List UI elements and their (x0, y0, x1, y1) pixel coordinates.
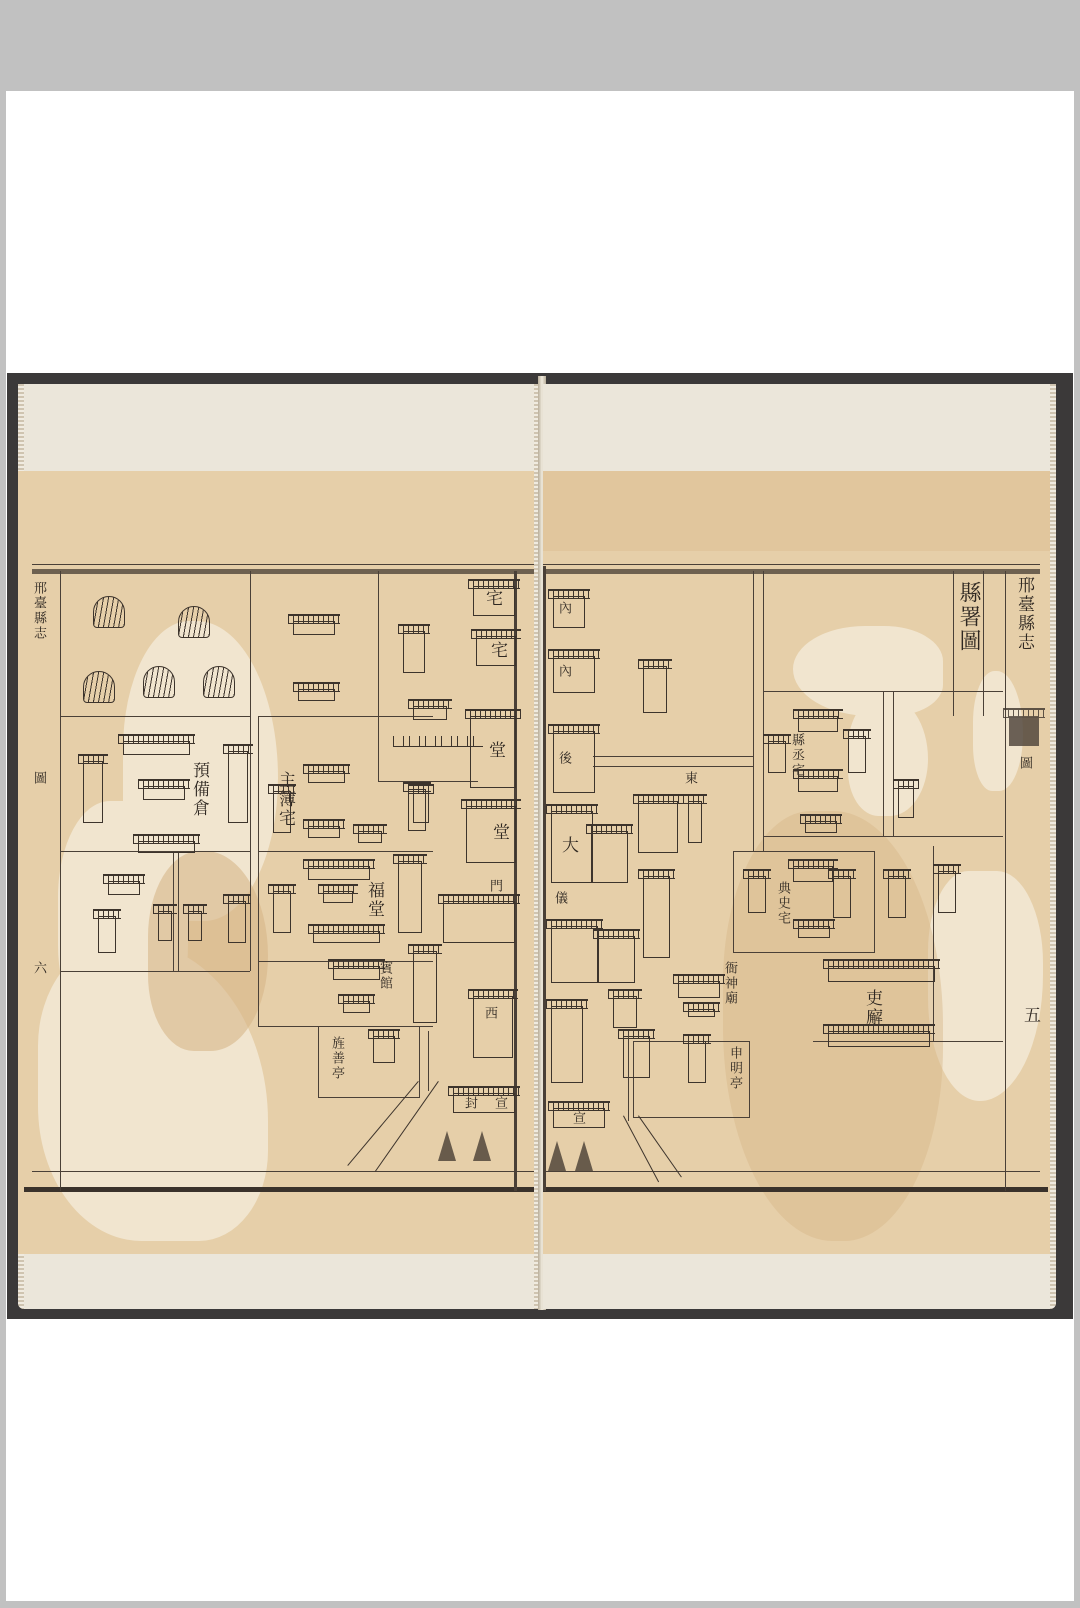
clerks-office-building-icon (828, 966, 935, 982)
map-title: 縣署圖 (957, 581, 979, 653)
side-building-icon (413, 951, 437, 1023)
left-page-number: 六 (32, 961, 45, 976)
granary-label: 預備倉 (190, 761, 207, 818)
great-hall-label: 大 (559, 836, 576, 855)
side-building-icon (643, 876, 670, 958)
left-margin-section: 圖 (32, 771, 45, 786)
left-pavilion-label: 旌善亭 (330, 1036, 343, 1081)
building-icon (798, 926, 830, 938)
grain-mound-icon (178, 606, 210, 638)
building-icon (805, 821, 837, 833)
hall-label-2: 堂 (490, 823, 507, 842)
hall-icon (308, 866, 370, 880)
right-margin-section: 圖 (1018, 756, 1031, 771)
side-building-icon (188, 911, 202, 941)
guest-house-label: 賓館 (378, 961, 391, 991)
side-building-icon (413, 791, 429, 823)
clerks-office-label: 吏廨 (863, 989, 880, 1027)
building-icon (308, 826, 340, 838)
side-building-icon (848, 736, 866, 773)
right-page: 邢臺縣志 圖 五 縣署圖 內 內 後 東 大 儀 (543, 384, 1056, 1309)
grain-mound-icon (93, 596, 125, 628)
granary-hall-icon (143, 786, 185, 800)
side-building-icon (688, 801, 702, 843)
side-building-icon (273, 791, 291, 833)
side-building-icon (938, 871, 956, 913)
side-building-icon (748, 876, 766, 913)
left-margin-title: 邢臺縣志 (32, 581, 45, 641)
building-icon (293, 621, 335, 635)
ceremonial-gate-building-icon (551, 926, 598, 983)
side-building-icon (398, 861, 422, 933)
left-arch-label-2: 宣 (493, 1096, 506, 1111)
hall-label-1: 堂 (486, 741, 503, 760)
building-icon (798, 716, 838, 732)
temple-label: 衙神廟 (723, 961, 736, 1006)
gate-label: 門 (488, 879, 501, 894)
side-building-icon (768, 741, 786, 773)
hall-icon (313, 931, 380, 943)
building-icon (343, 1001, 370, 1013)
fishtail-mark-icon (1009, 716, 1039, 746)
side-building-icon (643, 666, 667, 713)
side-building-icon (888, 876, 906, 918)
building-icon (138, 841, 195, 853)
left-arch-label: 封 (463, 1096, 476, 1111)
side-building-icon (228, 901, 246, 943)
grain-mound-icon (203, 666, 235, 698)
building-icon (413, 706, 447, 720)
building-icon (298, 689, 335, 701)
right-page-number: 五 (1021, 1006, 1038, 1025)
pavilion-icon (373, 1036, 395, 1063)
building-icon (798, 776, 838, 792)
arch-post-icon (548, 1141, 566, 1171)
side-building-icon (273, 891, 291, 933)
arch-post-icon (438, 1131, 456, 1161)
building-icon (793, 866, 833, 882)
residence-label-2: 宅 (488, 641, 505, 660)
side-building-icon (83, 761, 103, 823)
clerk-residence-label: 典史宅 (776, 881, 789, 926)
ceremonial-gate-building-icon (598, 936, 635, 983)
arch-post-icon (473, 1131, 491, 1161)
rear-hall-label: 後 (557, 751, 570, 766)
arch-post-icon (575, 1141, 593, 1171)
side-building-icon (403, 631, 425, 673)
clerks-office-building-icon (828, 1031, 930, 1047)
inner-gate-label-2: 內 (557, 664, 570, 679)
grain-mound-icon (83, 671, 115, 703)
right-page-paper: 邢臺縣志 圖 五 縣署圖 內 內 後 東 大 儀 (543, 471, 1056, 1254)
right-arch-label: 宣 (571, 1111, 584, 1126)
east-label: 東 (683, 771, 696, 786)
gate-building-icon (443, 901, 515, 943)
tower-building-icon (638, 801, 678, 853)
gate-tower-icon (551, 1006, 583, 1083)
building-icon (308, 771, 345, 783)
inner-gate-label-1: 內 (557, 601, 570, 616)
building-icon (688, 1009, 715, 1017)
side-building-icon (98, 916, 116, 953)
grain-mound-icon (143, 666, 175, 698)
left-page: 邢臺縣志 圖 六 預備倉 (18, 384, 540, 1309)
temple-building-icon (678, 981, 720, 998)
residence-label-1: 宅 (483, 589, 500, 608)
side-building-icon (228, 751, 248, 823)
side-building-icon (158, 911, 172, 941)
great-hall-building-icon (591, 831, 628, 883)
side-building-icon (833, 876, 851, 918)
granary-hall-icon (123, 741, 190, 755)
hall-of-blessing-label: 福堂 (365, 881, 382, 919)
right-margin-title: 邢臺縣志 (1015, 576, 1032, 652)
side-building-icon (898, 786, 914, 818)
left-page-paper: 邢臺縣志 圖 六 預備倉 (18, 471, 540, 1254)
right-pavilion-label: 申明亭 (728, 1046, 741, 1091)
building-icon (323, 891, 353, 903)
ceremonial-gate-label: 儀 (553, 891, 566, 906)
building-icon (108, 881, 140, 895)
building-icon (333, 966, 380, 980)
west-label: 西 (483, 1006, 496, 1021)
side-building-icon (688, 1041, 706, 1083)
side-building-icon (613, 996, 637, 1028)
building-icon (358, 831, 382, 843)
